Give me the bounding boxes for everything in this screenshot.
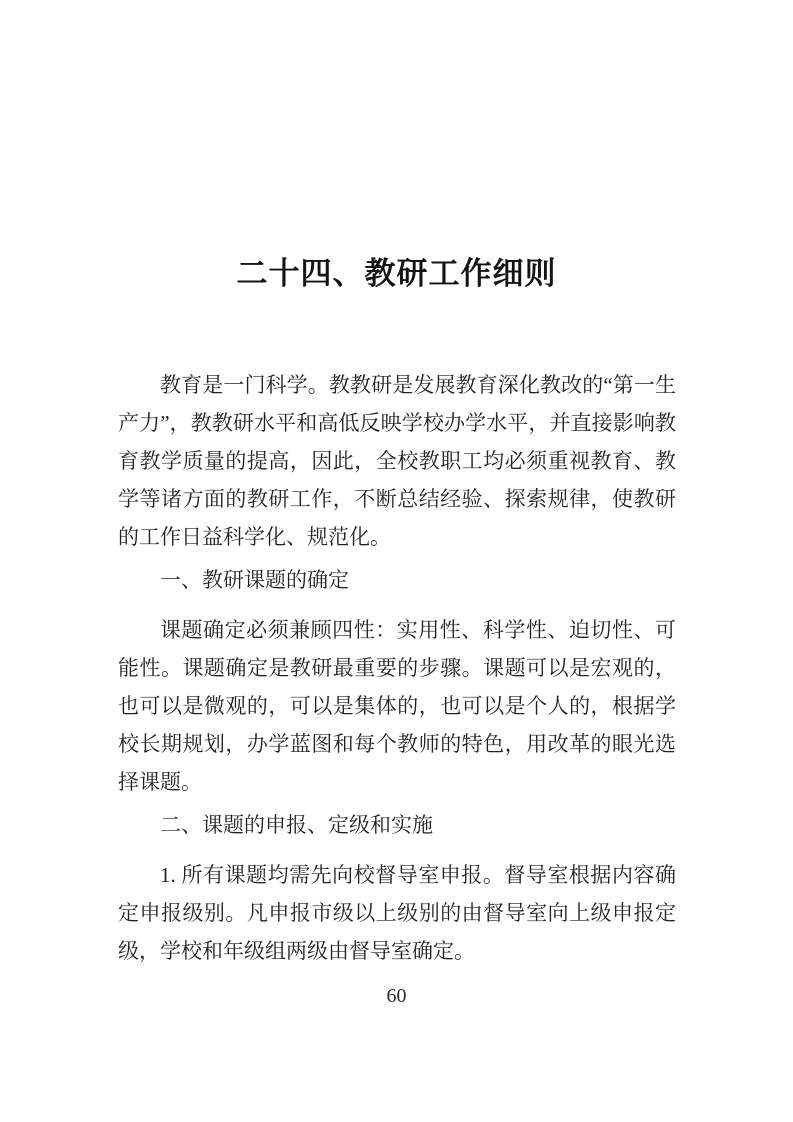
section-heading-2: 二、课题的申报、定级和实施 — [118, 806, 676, 844]
document-page: 二十四、教研工作细则 教育是一门科学。教教研是发展教育深化教改的“第一生产力”，… — [0, 0, 793, 1122]
page-number: 60 — [0, 982, 793, 1010]
document-body: 教育是一门科学。教教研是发展教育深化教改的“第一生产力”，教教研水平和高低反映学… — [118, 366, 676, 970]
paragraph-section-1: 课题确定必须兼顾四性：实用性、科学性、迫切性、可能性。课题确定是教研最重要的步骤… — [118, 611, 676, 801]
paragraph-section-2-item-1: 1. 所有课题均需先向校督导室申报。督导室根据内容确定申报级别。凡申报市级以上级… — [118, 856, 676, 970]
section-heading-1: 一、教研课题的确定 — [118, 561, 676, 599]
paragraph-intro: 教育是一门科学。教教研是发展教育深化教改的“第一生产力”，教教研水平和高低反映学… — [118, 366, 676, 556]
document-title: 二十四、教研工作细则 — [0, 248, 793, 293]
